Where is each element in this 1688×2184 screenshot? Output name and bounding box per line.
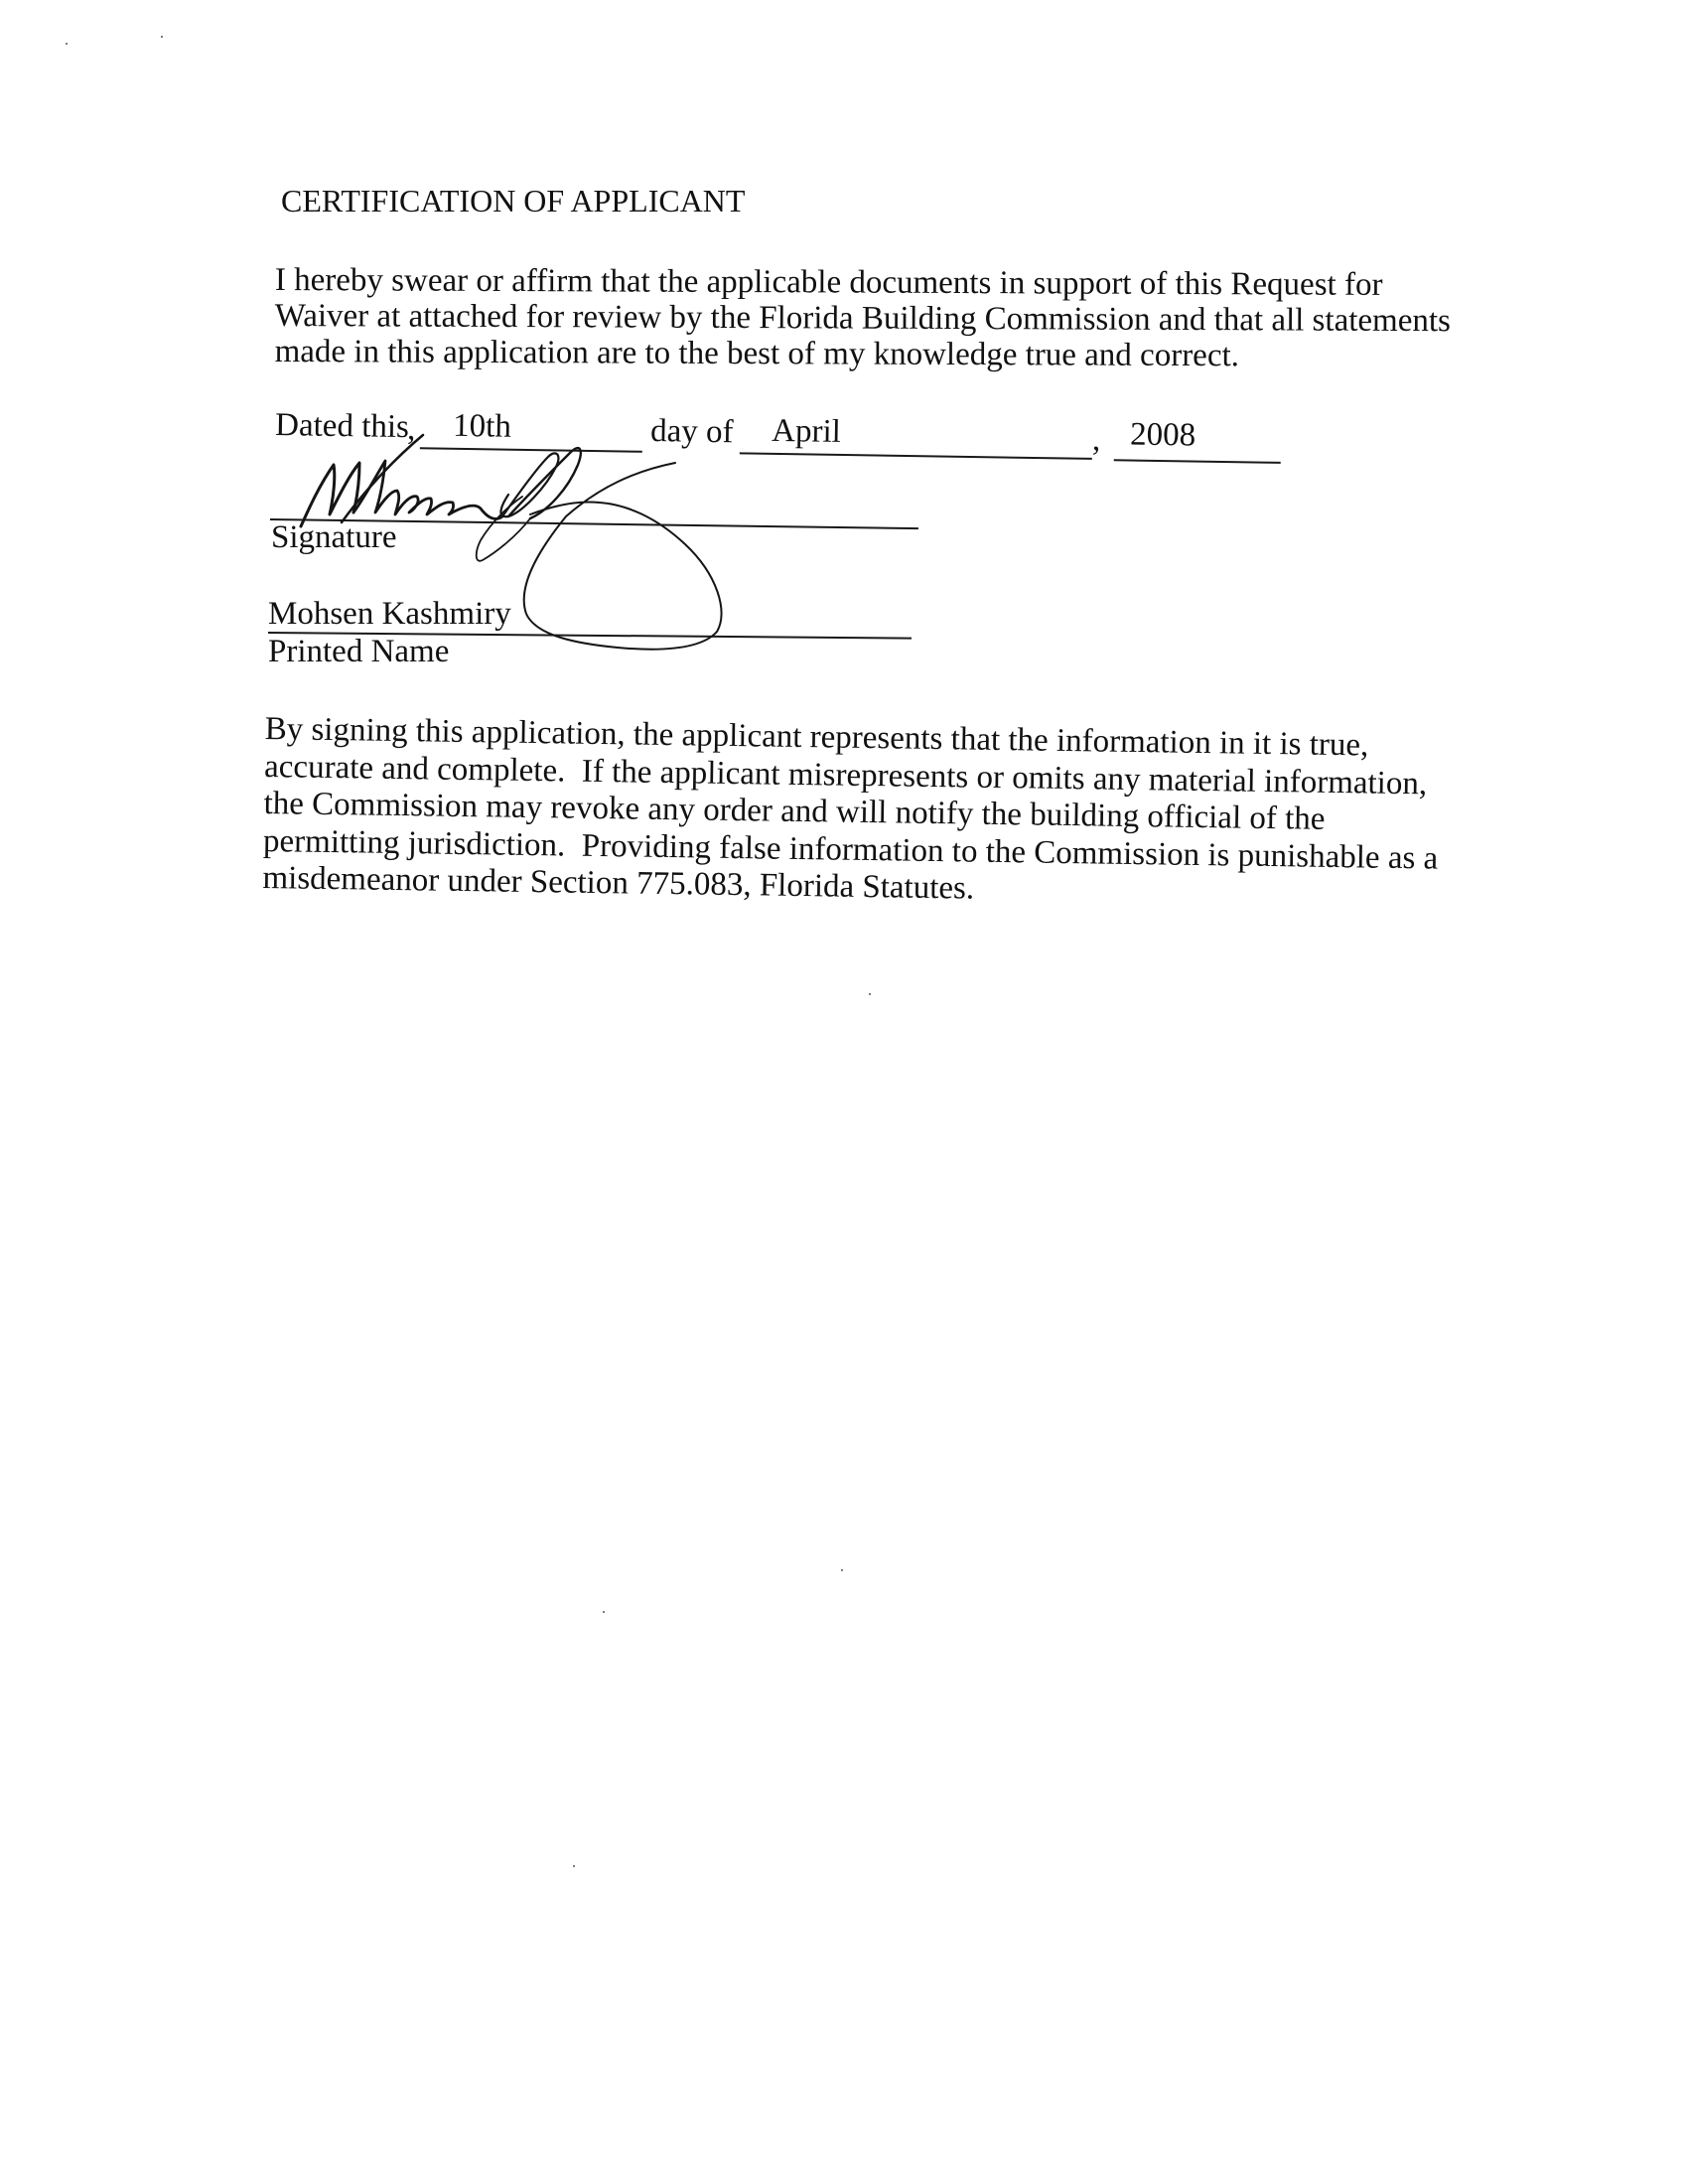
comma: , — [1092, 422, 1101, 459]
month-field-line — [740, 452, 1092, 460]
day-field-line — [420, 447, 642, 453]
scan-speck — [869, 993, 871, 995]
signature-label: Signature — [271, 519, 396, 556]
dated-this-label: Dated this — [275, 407, 409, 446]
month-field[interactable]: April — [772, 413, 841, 451]
scan-speck — [161, 36, 163, 38]
day-field[interactable]: 10th — [453, 408, 511, 446]
scan-speck — [841, 1569, 843, 1571]
date-line: Dated this , 10th day of April , 2008 — [0, 0, 1688, 489]
year-field-line — [1114, 459, 1281, 464]
scan-speck — [603, 1611, 605, 1613]
applicant-representation-statement: By signing this application, the applica… — [262, 711, 1440, 915]
scan-speck — [573, 1865, 575, 1867]
scan-speck — [66, 43, 68, 45]
day-of-label: day of — [650, 413, 734, 451]
comma: , — [407, 411, 416, 448]
printed-name-label: Printed Name — [268, 634, 449, 670]
year-field[interactable]: 2008 — [1130, 417, 1196, 455]
printed-name-field[interactable]: Mohsen Kashmiry — [268, 596, 511, 633]
